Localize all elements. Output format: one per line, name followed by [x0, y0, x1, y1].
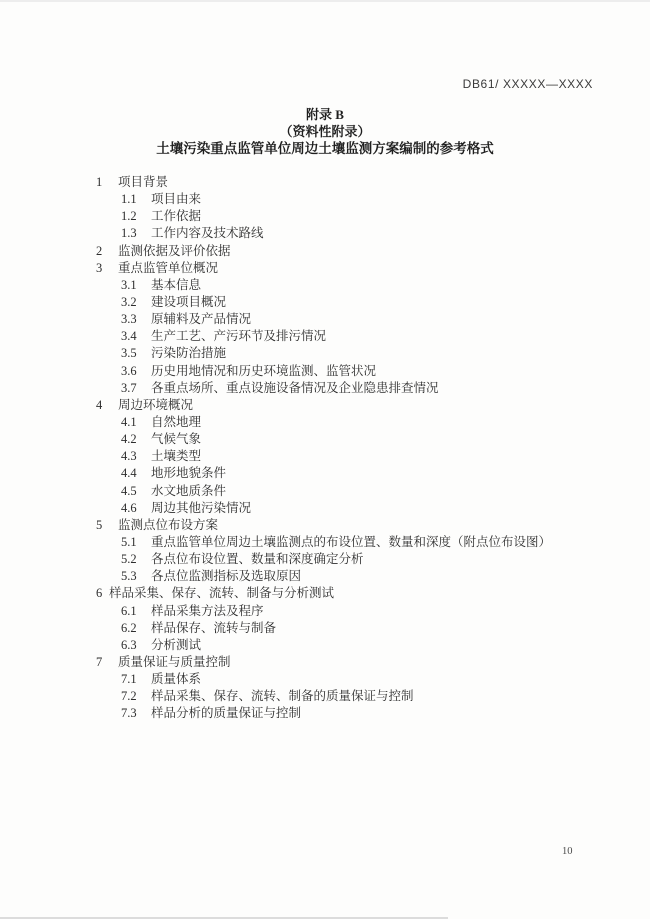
outline-item: 6.2样品保存、流转与制备 — [0, 620, 650, 637]
outline-item: 5.1重点监管单位周边土壤监测点的布设位置、数量和深度（附点位布设图） — [0, 534, 650, 551]
outline-item-number: 4.3 — [121, 448, 151, 465]
scan-edge-top — [0, 0, 650, 2]
outline-item-number: 4.6 — [121, 500, 151, 517]
outline-item: 3.7各重点场所、重点设施设备情况及企业隐患排查情况 — [0, 380, 650, 397]
outline-item-number: 3 — [96, 260, 118, 277]
outline-item-label: 重点监管单位周边土壤监测点的布设位置、数量和深度（附点位布设图） — [151, 535, 551, 549]
outline-item-number: 6 — [96, 585, 109, 602]
outline-item: 6.1样品采集方法及程序 — [0, 603, 650, 620]
outline-item: 2监测依据及评价依据 — [0, 243, 650, 260]
document-title: 土壤污染重点监管单位周边土壤监测方案编制的参考格式 — [0, 140, 650, 158]
outline-item-label: 样品采集、保存、流转、制备与分析测试 — [109, 586, 334, 600]
outline-item: 3.3原辅料及产品情况 — [0, 311, 650, 328]
outline-item-label: 重点监管单位概况 — [118, 261, 218, 275]
outline-item-label: 样品分析的质量保证与控制 — [151, 706, 301, 720]
outline-item: 4.4地形地貌条件 — [0, 465, 650, 482]
outline-item-label: 分析测试 — [151, 638, 201, 652]
outline-item-number: 6.1 — [121, 603, 151, 620]
outline-item-label: 基本信息 — [151, 278, 201, 292]
outline-item: 6样品采集、保存、流转、制备与分析测试 — [0, 585, 650, 602]
outline-item: 4.5水文地质条件 — [0, 483, 650, 500]
outline-item-label: 样品采集、保存、流转、制备的质量保证与控制 — [151, 689, 414, 703]
outline-item-label: 质量体系 — [151, 672, 201, 686]
appendix-title: 附录 B — [0, 106, 650, 123]
outline-item: 7.1质量体系 — [0, 671, 650, 688]
outline-item-label: 各点位布设位置、数量和深度确定分析 — [151, 552, 364, 566]
outline-item-number: 5.2 — [121, 551, 151, 568]
outline-item: 7质量保证与质量控制 — [0, 654, 650, 671]
outline-item-number: 6.2 — [121, 620, 151, 637]
outline-item: 4.3土壤类型 — [0, 448, 650, 465]
outline-item-number: 3.5 — [121, 345, 151, 362]
outline-item-label: 土壤类型 — [151, 449, 201, 463]
outline-item: 1项目背景 — [0, 174, 650, 191]
outline-item-number: 4 — [96, 397, 118, 414]
outline-item-label: 周边其他污染情况 — [151, 501, 251, 515]
page-number: 10 — [562, 846, 573, 857]
outline-item: 4周边环境概况 — [0, 397, 650, 414]
standard-code: DB61/ XXXXX—XXXX — [463, 77, 593, 91]
outline-item: 3.1基本信息 — [0, 277, 650, 294]
outline-item-number: 5.3 — [121, 568, 151, 585]
outline-item-label: 监测点位布设方案 — [118, 518, 218, 532]
outline-item: 4.6周边其他污染情况 — [0, 500, 650, 517]
outline-item: 4.2气候气象 — [0, 431, 650, 448]
outline-item-number: 2 — [96, 243, 118, 260]
outline-item-number: 4.4 — [121, 465, 151, 482]
outline-item: 3.6历史用地情况和历史环境监测、监管状况 — [0, 363, 650, 380]
outline-item-label: 生产工艺、产污环节及排污情况 — [151, 329, 326, 343]
outline-item-number: 1.2 — [121, 208, 151, 225]
outline-item: 5.3各点位监测指标及选取原因 — [0, 568, 650, 585]
outline-item-label: 各点位监测指标及选取原因 — [151, 569, 301, 583]
outline-item: 5监测点位布设方案 — [0, 517, 650, 534]
outline-item-number: 7.1 — [121, 671, 151, 688]
title-block: 附录 B （资料性附录） 土壤污染重点监管单位周边土壤监测方案编制的参考格式 — [0, 106, 650, 158]
outline-item: 3.5污染防治措施 — [0, 345, 650, 362]
outline-item-number: 3.4 — [121, 328, 151, 345]
outline-item-number: 4.1 — [121, 414, 151, 431]
outline-item: 1.3工作内容及技术路线 — [0, 225, 650, 242]
document-page: DB61/ XXXXX—XXXX 附录 B （资料性附录） 土壤污染重点监管单位… — [0, 0, 650, 919]
outline-item-number: 6.3 — [121, 637, 151, 654]
outline-item-label: 样品保存、流转与制备 — [151, 621, 276, 635]
outline-item: 7.2样品采集、保存、流转、制备的质量保证与控制 — [0, 688, 650, 705]
outline-item-number: 4.2 — [121, 431, 151, 448]
outline-item-number: 3.2 — [121, 294, 151, 311]
outline-item-number: 7.3 — [121, 705, 151, 722]
appendix-type-note: （资料性附录） — [0, 123, 650, 140]
outline-item-number: 7.2 — [121, 688, 151, 705]
outline-item-label: 监测依据及评价依据 — [118, 244, 231, 258]
outline-item-number: 3.6 — [121, 363, 151, 380]
outline-item-number: 1.1 — [121, 191, 151, 208]
outline-item-number: 1.3 — [121, 225, 151, 242]
outline-item-label: 样品采集方法及程序 — [151, 604, 264, 618]
outline-item: 4.1自然地理 — [0, 414, 650, 431]
outline-item-number: 4.5 — [121, 483, 151, 500]
outline-item-label: 工作内容及技术路线 — [151, 226, 264, 240]
outline-item-label: 建设项目概况 — [151, 295, 226, 309]
outline-item-label: 自然地理 — [151, 415, 201, 429]
outline-item-label: 工作依据 — [151, 209, 201, 223]
outline-item-number: 3.7 — [121, 380, 151, 397]
outline-item: 6.3分析测试 — [0, 637, 650, 654]
outline-item-label: 项目由来 — [151, 192, 201, 206]
outline-item-label: 各重点场所、重点设施设备情况及企业隐患排查情况 — [151, 381, 439, 395]
outline-item: 1.2工作依据 — [0, 208, 650, 225]
outline-item: 3.4生产工艺、产污环节及排污情况 — [0, 328, 650, 345]
outline-item-label: 污染防治措施 — [151, 346, 226, 360]
outline-item: 7.3样品分析的质量保证与控制 — [0, 705, 650, 722]
outline-item-label: 气候气象 — [151, 432, 201, 446]
outline-item-label: 周边环境概况 — [118, 398, 193, 412]
outline-item-label: 地形地貌条件 — [151, 466, 226, 480]
outline-item-number: 5.1 — [121, 534, 151, 551]
outline-list: 1项目背景 1.1项目由来 1.2工作依据 1.3工作内容及技术路线 2监测依据… — [0, 174, 650, 723]
outline-item-number: 5 — [96, 517, 118, 534]
outline-item: 1.1项目由来 — [0, 191, 650, 208]
outline-item-number: 7 — [96, 654, 118, 671]
outline-item-label: 历史用地情况和历史环境监测、监管状况 — [151, 364, 376, 378]
outline-item-label: 项目背景 — [118, 175, 168, 189]
outline-item-number: 3.1 — [121, 277, 151, 294]
outline-item-label: 原辅料及产品情况 — [151, 312, 251, 326]
outline-item: 3.2建设项目概况 — [0, 294, 650, 311]
outline-item-label: 质量保证与质量控制 — [118, 655, 231, 669]
outline-item: 5.2各点位布设位置、数量和深度确定分析 — [0, 551, 650, 568]
outline-item-number: 1 — [96, 174, 118, 191]
outline-item-label: 水文地质条件 — [151, 484, 226, 498]
outline-item-number: 3.3 — [121, 311, 151, 328]
outline-item: 3重点监管单位概况 — [0, 260, 650, 277]
